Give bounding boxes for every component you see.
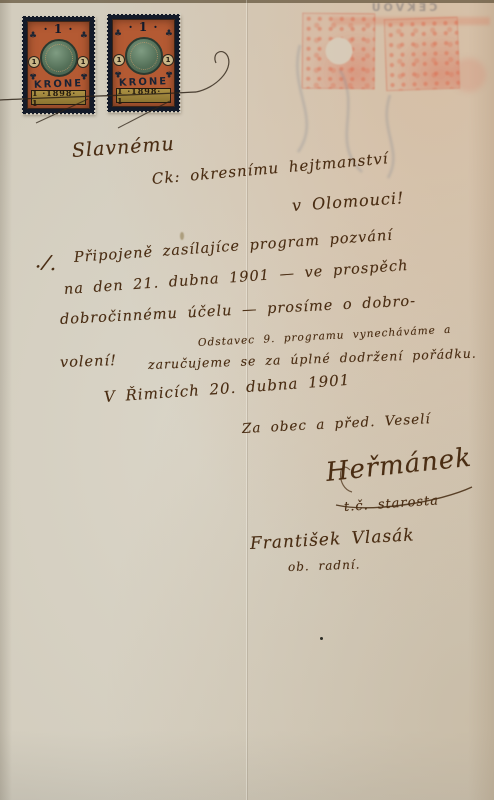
stamp-ornament-icon: ♣ xyxy=(80,32,88,41)
paragraph-mark: ./. xyxy=(34,248,60,276)
signature-mayor: Heřmánek xyxy=(324,443,473,488)
paper-speck xyxy=(320,637,323,640)
stamp-year-banner: 1 ·1898· 1 xyxy=(31,90,86,105)
body-inserted-line: Odstavec 9. programu vynecháváme a xyxy=(198,324,452,349)
stamp-side-value: 1 xyxy=(113,54,125,66)
revenue-stamp-left: · 1 · ♣ ♣ ♣ ♣ 1 1 KRONE 1 ·1898· 1 xyxy=(22,16,95,114)
body-line-2: na den 21. dubna 1901 — ve prospěch xyxy=(63,258,409,298)
body-line-4: volení! xyxy=(60,353,117,371)
ghost-stamp-hole xyxy=(325,37,352,64)
ghost-stamp-right xyxy=(384,17,460,92)
stamp-side-value: 1 xyxy=(28,56,40,68)
salutation-line-1: Slavnému xyxy=(71,133,175,162)
stamp-ornament-icon: ♣ xyxy=(165,30,173,39)
body-line-4b: zaručujeme se za úplné dodržení pořádku. xyxy=(148,346,477,372)
closing-line: Za obec a před. Veselí xyxy=(242,411,432,437)
stamp-ornament-icon: ♣ xyxy=(114,30,122,39)
ghost-stamp-left xyxy=(302,13,376,90)
stamp-side-value: 1 xyxy=(77,56,89,68)
stamp-medallion xyxy=(40,39,78,77)
signature-councillor-title: ob. radní. xyxy=(288,557,361,574)
signature-mayor-title: t.č. starosta xyxy=(343,493,439,515)
stamp-medallion xyxy=(125,37,163,75)
document-photo: CEKVOU · 1 · ♣ ♣ ♣ ♣ 1 1 KRONE 1 ·1898· … xyxy=(0,0,494,800)
salutation-line-2: Ck: okresnímu hejtmanství xyxy=(151,149,389,188)
body-line-1: Připojeně zasílajíce program pozvání xyxy=(73,228,393,266)
body-line-3: dobročinnému účelu — prosíme o dobro- xyxy=(60,293,417,328)
salutation-line-3: v Olomouci! xyxy=(291,188,405,215)
stamp-field: · 1 · ♣ ♣ ♣ ♣ 1 1 KRONE 1 ·1898· 1 xyxy=(112,19,175,107)
stamp-side-value: 1 xyxy=(162,54,174,66)
stamp-ornament-icon: ♣ xyxy=(29,70,37,79)
stamp-ornament-icon: ♣ xyxy=(114,68,122,77)
date-line: V Řimicích 20. dubna 1901 xyxy=(103,371,350,406)
revenue-stamp-right: · 1 · ♣ ♣ ♣ ♣ 1 1 KRONE 1 ·1898· 1 xyxy=(107,14,180,112)
signature-councillor: František Vlasák xyxy=(249,525,415,554)
stamp-year-banner: 1 ·1898· 1 xyxy=(116,88,171,103)
stamp-field: · 1 · ♣ ♣ ♣ ♣ 1 1 KRONE 1 ·1898· 1 xyxy=(27,21,90,109)
vertical-fold-crease xyxy=(246,0,248,800)
paper-speck xyxy=(180,232,184,240)
stamp-ornament-icon: ♣ xyxy=(29,32,37,41)
